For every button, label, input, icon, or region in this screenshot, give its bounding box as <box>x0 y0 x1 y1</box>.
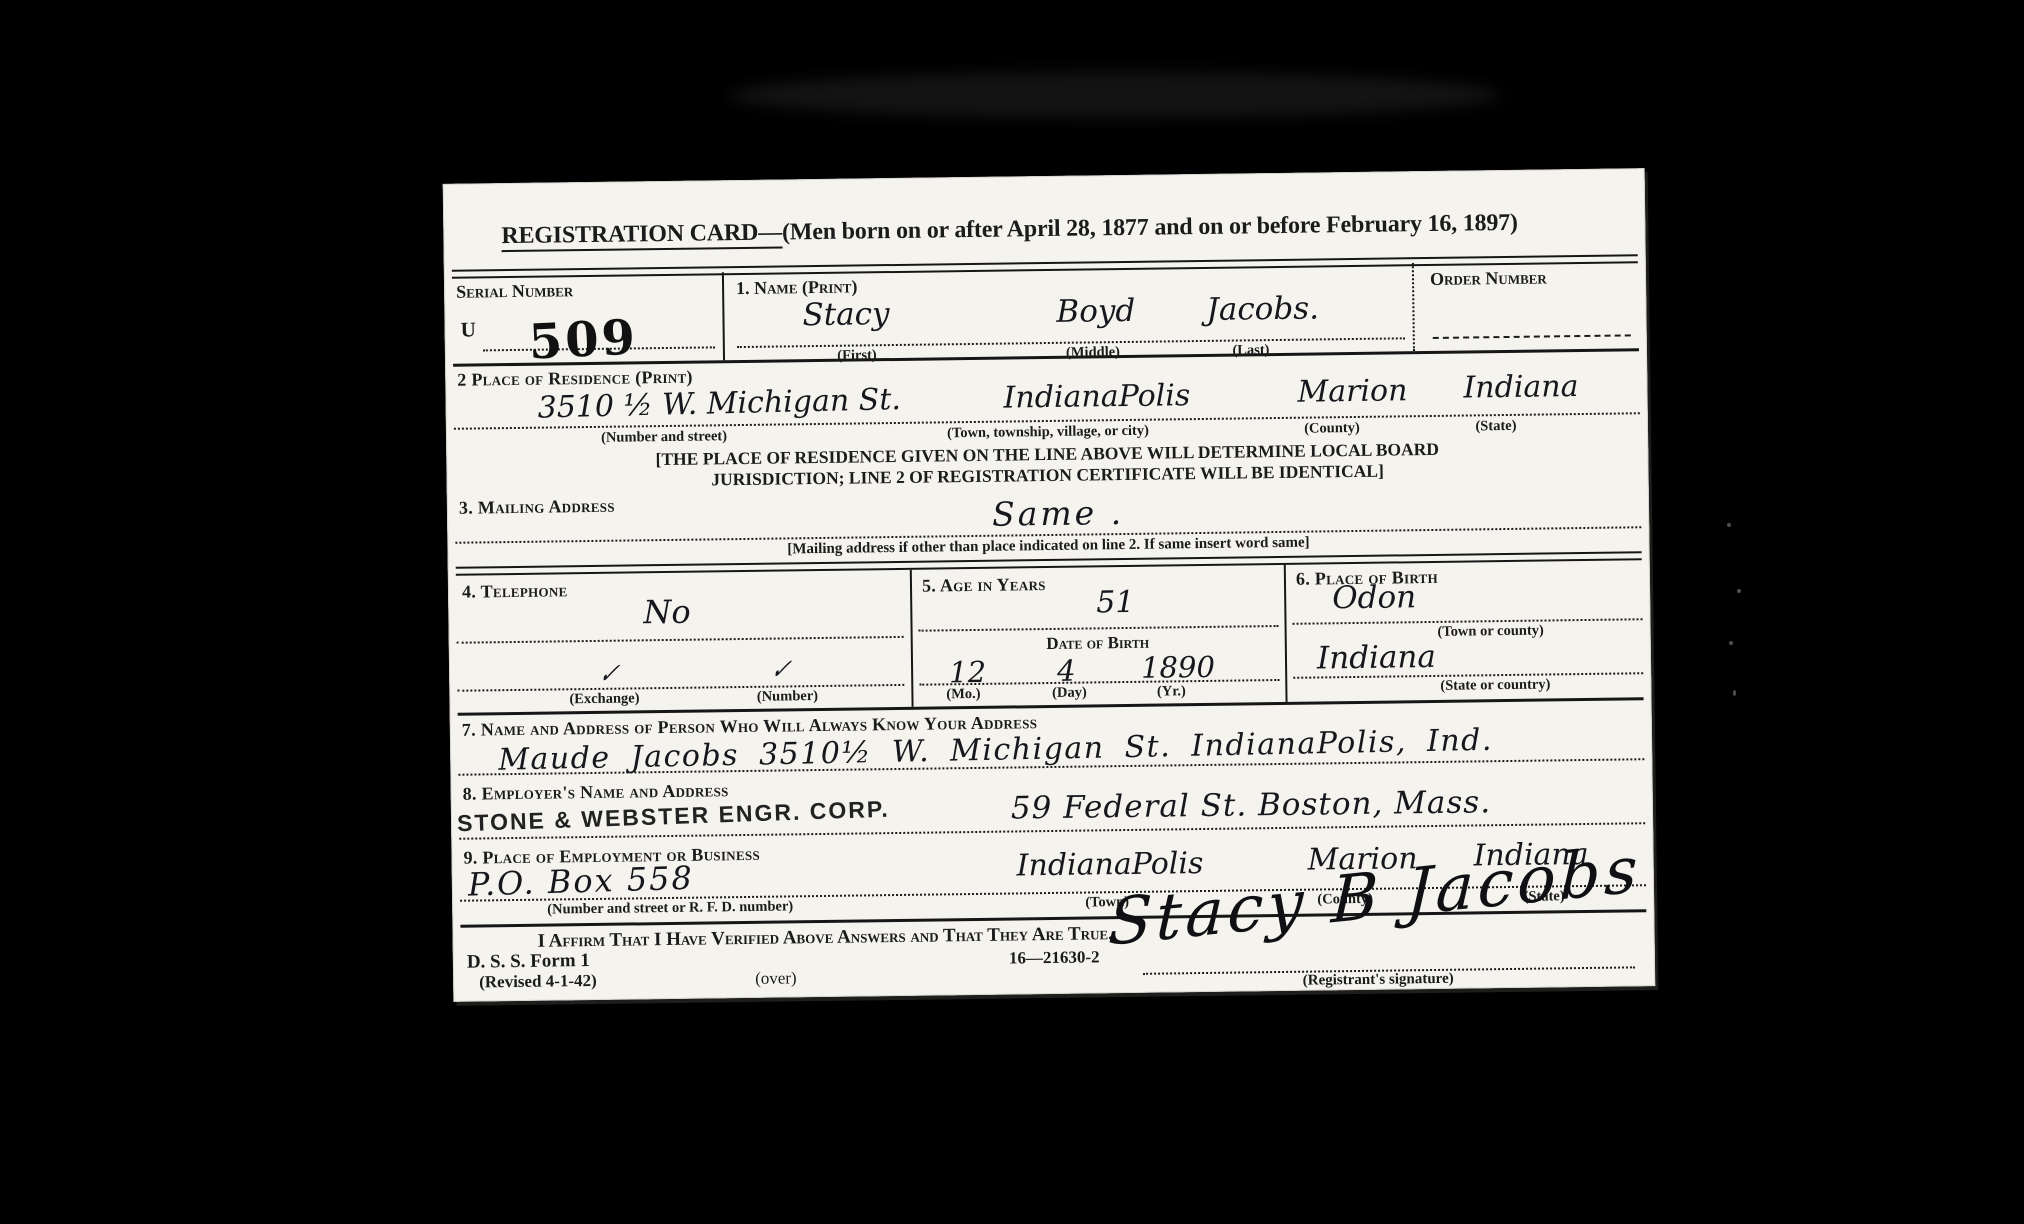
form-revision: (Revised 4-1-42) <box>479 971 597 993</box>
telephone-number-caption: (Number) <box>757 688 818 706</box>
telephone-dotted-line1 <box>457 636 904 644</box>
card-title-paren: (Men born on or after April 28, 1877 and… <box>782 210 1518 246</box>
telephone-exchange-caption: (Exchange) <box>569 690 639 708</box>
residence-state-caption: (State) <box>1475 418 1516 436</box>
birth-town-value: Odon <box>1332 579 1416 616</box>
mailing-value: Same . <box>992 493 1125 534</box>
telephone-value: No <box>643 593 691 632</box>
employment-town-value: IndianaPolis <box>1016 846 1203 883</box>
employment-street-value: P.O. Box 558 <box>467 859 694 904</box>
name-last-caption: (Last) <box>1232 342 1269 359</box>
over-note: (over) <box>755 968 797 989</box>
signature-caption: (Registrant's signature) <box>1303 971 1454 990</box>
name-middle-value: Boyd <box>1056 293 1135 330</box>
dob-day-value: 4 <box>1057 654 1076 688</box>
card-title: REGISTRATION CARD—(Men born on or after … <box>501 210 1518 250</box>
scan-speck <box>1737 589 1741 593</box>
form-number: D. S. S. Form 1 <box>467 950 590 974</box>
serial-prefix: U <box>460 317 475 342</box>
check-icon: ✓ <box>596 658 622 690</box>
scan-speck <box>1727 523 1731 527</box>
residence-town-caption: (Town, township, village, or city) <box>947 423 1149 443</box>
mailing-label: 3. Mailing Address <box>459 496 615 519</box>
name-order-divider <box>1412 263 1415 351</box>
dob-year-value: 1890 <box>1141 650 1215 685</box>
employer-label: 8. Employer's Name and Address <box>463 780 729 804</box>
scan-speck <box>1733 690 1736 696</box>
telephone-dotted-line2 <box>457 684 904 692</box>
name-middle-caption: (Middle) <box>1066 344 1120 362</box>
scan-dust-band <box>730 72 1500 118</box>
serial-name-divider <box>722 272 725 360</box>
residence-street-value: 3510 ½ W. Michigan St. <box>537 382 901 426</box>
dob-label: Date of Birth <box>911 631 1285 656</box>
card-title-main: REGISTRATION CARD— <box>501 219 782 252</box>
serial-number-label: Serial Number <box>456 280 573 303</box>
age-label: 5. Age in Years <box>922 574 1046 597</box>
order-number-line <box>1433 334 1631 339</box>
employer-address-value: 59 Federal St. Boston, Mass. <box>1011 784 1492 826</box>
check-icon: ✓ <box>768 653 794 685</box>
name-label: 1. Name (Print) <box>736 276 858 299</box>
serial-number-stamp: 509 <box>527 309 639 370</box>
print-code: 16—21630-2 <box>1009 947 1100 968</box>
residence-state-value: Indiana <box>1463 369 1579 406</box>
birth-town-caption: (Town or county) <box>1437 623 1544 641</box>
residence-street-caption: (Number and street) <box>601 428 727 447</box>
telephone-label: 4. Telephone <box>462 580 568 602</box>
dob-month-value: 12 <box>949 655 986 689</box>
birth-state-value: Indiana <box>1317 639 1436 677</box>
name-last-value: Jacobs. <box>1206 290 1319 327</box>
name-first-caption: (First) <box>837 347 877 365</box>
age-value: 51 <box>1096 585 1135 620</box>
residence-county-caption: (County) <box>1304 420 1360 438</box>
registration-card: REGISTRATION CARD—(Men born on or after … <box>443 168 1656 1002</box>
residence-county-value: Marion <box>1297 373 1407 409</box>
employment-street-caption: (Number and street or R. F. D. number) <box>547 898 793 918</box>
scan-speck <box>1729 641 1733 645</box>
order-number-label: Order Number <box>1430 267 1547 290</box>
birth-state-caption: (State or country) <box>1440 676 1550 694</box>
name-first-value: Stacy <box>802 296 890 333</box>
residence-town-value: IndianaPolis <box>1003 378 1190 415</box>
dob-year-caption: (Yr.) <box>1157 683 1186 700</box>
scanned-page: { "colors": { "background": "#000000", "… <box>0 0 2024 1224</box>
